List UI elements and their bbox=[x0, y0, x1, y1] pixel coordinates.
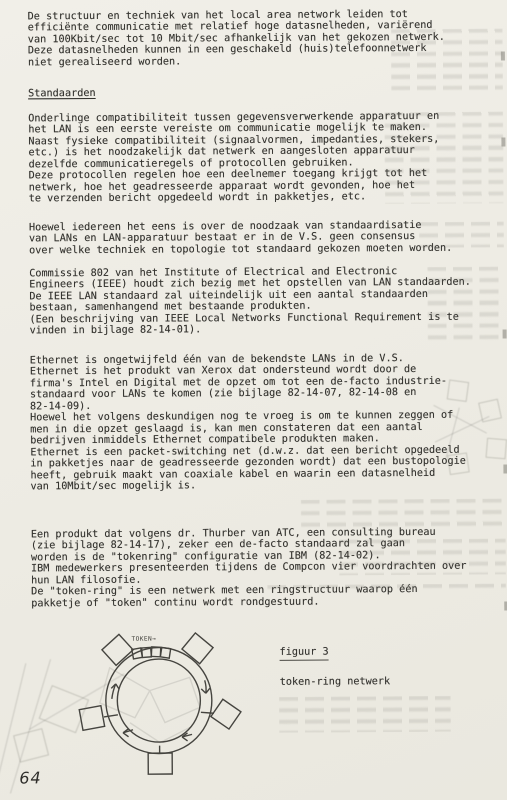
scan-artifact bbox=[501, 51, 505, 60]
figure-caption-text: token-ring netwerk bbox=[280, 676, 390, 688]
ring-inner bbox=[117, 659, 201, 743]
station-node bbox=[79, 706, 104, 731]
ring-outer bbox=[106, 647, 213, 754]
station-node bbox=[148, 753, 172, 774]
section-heading: Standaarden bbox=[28, 88, 96, 100]
paragraph-tokenring: Een produkt dat volgens dr. Thurber van … bbox=[31, 527, 467, 610]
text-line: over welke techniek en topologie tot sta… bbox=[29, 243, 452, 257]
bleedthrough-star-sketch bbox=[0, 0, 505, 2]
bleedthrough-text bbox=[279, 696, 451, 733]
page-number: 64 bbox=[19, 768, 41, 787]
document-page: De structuur en techniek van het local a… bbox=[0, 0, 507, 800]
paragraph-ethernet: Ethernet is ongetwijfeld één van de beke… bbox=[30, 353, 466, 493]
bleedthrough-sketch bbox=[100, 667, 200, 743]
node-stem-left bbox=[104, 715, 118, 717]
scan-artifact bbox=[501, 137, 505, 146]
node-stem-right bbox=[201, 712, 214, 713]
station-node bbox=[211, 699, 241, 729]
heading-standaarden: Standaarden bbox=[28, 88, 96, 100]
bleedthrough-corner-sketch bbox=[0, 0, 505, 2]
text-line: pakketje of "token" continu wordt rondge… bbox=[31, 595, 467, 609]
bleedthrough-text bbox=[301, 498, 506, 529]
paragraph-intro: De structuur en techniek van het local a… bbox=[28, 9, 445, 69]
paragraph-standaardisatie: Hoewel iedereen het eens is over de nood… bbox=[29, 220, 452, 257]
station-node bbox=[182, 633, 213, 664]
token-ring-diagram: TOKEN→ bbox=[39, 622, 280, 798]
scan-artifact bbox=[503, 329, 507, 338]
text-line: van 10Mbit/sec mogelijk is. bbox=[30, 479, 466, 493]
station-node bbox=[102, 634, 133, 665]
text-line: niet gerealiseerd worden. bbox=[28, 55, 445, 69]
text-line: te verzenden bericht opgedeeld wordt in … bbox=[29, 191, 440, 205]
token-label: TOKEN→ bbox=[131, 636, 156, 643]
text-line: vinden in bijlage 82-14-01). bbox=[30, 323, 472, 337]
figure-caption-title: figuur 3 bbox=[280, 647, 329, 661]
paragraph-ieee: Commissie 802 van het Institute of Elect… bbox=[29, 266, 471, 337]
scan-artifact bbox=[503, 464, 507, 473]
direction-arrows bbox=[111, 680, 210, 741]
paragraph-compatibiliteit: Onderlinge compatibiliteit tussen gegeve… bbox=[28, 111, 439, 205]
